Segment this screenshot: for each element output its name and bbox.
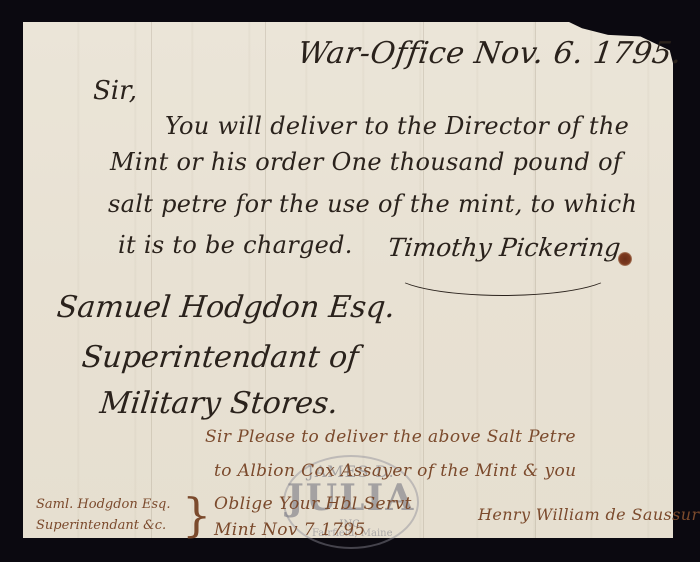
- endorsement-signature: Henry William de Saussure Director: [478, 505, 700, 524]
- endorsement-line: Oblige Your Hbl Servt: [214, 494, 412, 514]
- margin-note-line: Superintendant &c.: [36, 518, 166, 533]
- body-line: salt petre for the use of the mint, to w…: [108, 190, 637, 218]
- paper-fold-line: [151, 22, 152, 538]
- margin-note-line: Saml. Hodgdon Esq.: [36, 497, 170, 512]
- addressee-department: Military Stores.: [98, 386, 340, 421]
- endorsement-line: Sir Please to deliver the above Salt Pet…: [205, 427, 576, 447]
- salutation: Sir,: [93, 76, 137, 106]
- letter-heading: War-Office Nov. 6. 1795.: [296, 36, 685, 71]
- margin-brace: }: [182, 488, 211, 542]
- endorsement-line: to Albion Cox Assayer of the Mint & you: [214, 461, 577, 481]
- body-line: You will deliver to the Director of the: [165, 112, 629, 140]
- endorsement-date: Mint Nov 7 1795: [214, 520, 366, 540]
- addressee-name: Samuel Hodgdon Esq.: [55, 290, 397, 325]
- body-line: it is to be charged.: [118, 231, 353, 259]
- body-line: Mint or his order One thousand pound of: [110, 148, 622, 176]
- addressee-title: Superintendant of: [80, 340, 360, 375]
- signature-flourish: [392, 248, 614, 296]
- ink-stain: [618, 252, 632, 266]
